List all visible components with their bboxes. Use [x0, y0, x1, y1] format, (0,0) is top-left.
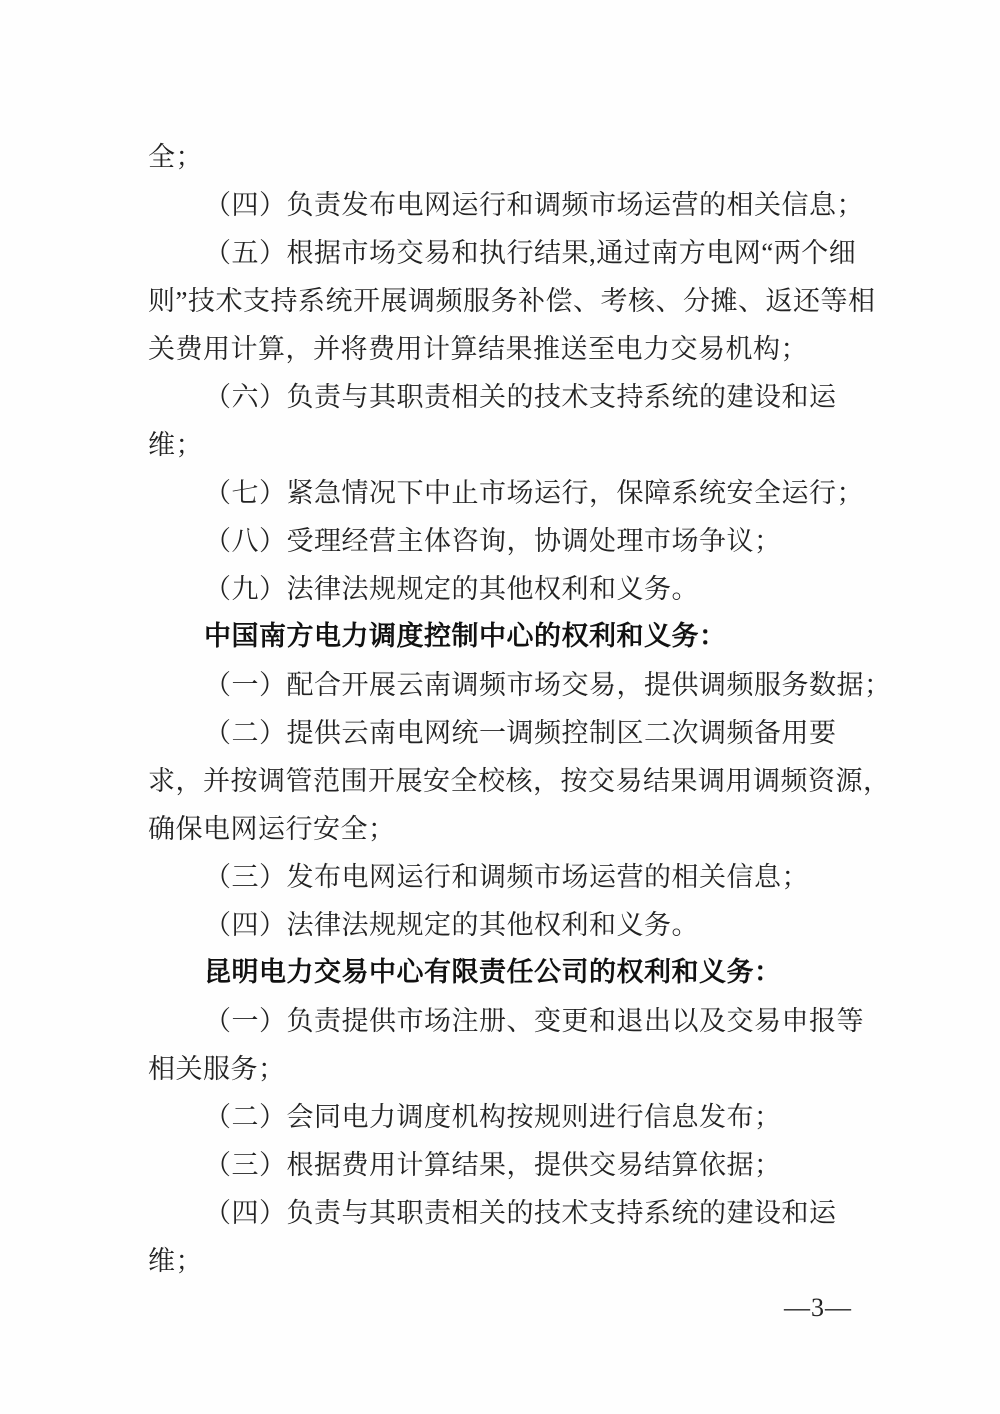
text-line: （二）提供云南电网统一调频控制区二次调频备用要 — [148, 709, 863, 757]
text-line: （九）法律法规规定的其他权利和义务。 — [148, 565, 863, 613]
text-line: 相关服务； — [148, 1045, 863, 1093]
text-line: 维； — [148, 421, 863, 469]
text-line: 求，并按调管范围开展安全校核，按交易结果调用调频资源， — [148, 757, 863, 805]
text-line: 则”技术支持系统开展调频服务补偿、考核、分摊、返还等相 — [148, 277, 863, 325]
text-line: （一）负责提供市场注册、变更和退出以及交易申报等 — [148, 997, 863, 1045]
text-line: （七）紧急情况下中止市场运行，保障系统安全运行； — [148, 469, 863, 517]
page-number: —3— — [784, 1293, 852, 1323]
text-line: 维； — [148, 1237, 863, 1285]
text-line: （三）根据费用计算结果，提供交易结算依据； — [148, 1141, 863, 1189]
text-line: （五）根据市场交易和执行结果,通过南方电网“两个细 — [148, 229, 863, 277]
text-line: 关费用计算，并将费用计算结果推送至电力交易机构； — [148, 325, 863, 373]
text-line: （四）负责发布电网运行和调频市场运营的相关信息； — [148, 181, 863, 229]
text-line: （二）会同电力调度机构按规则进行信息发布； — [148, 1093, 863, 1141]
text-line: （三）发布电网运行和调频市场运营的相关信息； — [148, 853, 863, 901]
text-line: （八）受理经营主体咨询，协调处理市场争议； — [148, 517, 863, 565]
section-heading-line: 中国南方电力调度控制中心的权利和义务： — [148, 613, 863, 661]
text-line: 全； — [148, 133, 863, 181]
text-line: （一）配合开展云南调频市场交易，提供调频服务数据； — [148, 661, 863, 709]
text-line: （四）法律法规规定的其他权利和义务。 — [148, 901, 863, 949]
text-block: 全；（四）负责发布电网运行和调频市场运营的相关信息；（五）根据市场交易和执行结果… — [148, 133, 863, 1285]
text-line: （六）负责与其职责相关的技术支持系统的建设和运 — [148, 373, 863, 421]
text-line: （四）负责与其职责相关的技术支持系统的建设和运 — [148, 1189, 863, 1237]
section-heading-line: 昆明电力交易中心有限责任公司的权利和义务： — [148, 949, 863, 997]
document-page: 全；（四）负责发布电网运行和调频市场运营的相关信息；（五）根据市场交易和执行结果… — [0, 0, 1000, 1414]
text-line: 确保电网运行安全； — [148, 805, 863, 853]
